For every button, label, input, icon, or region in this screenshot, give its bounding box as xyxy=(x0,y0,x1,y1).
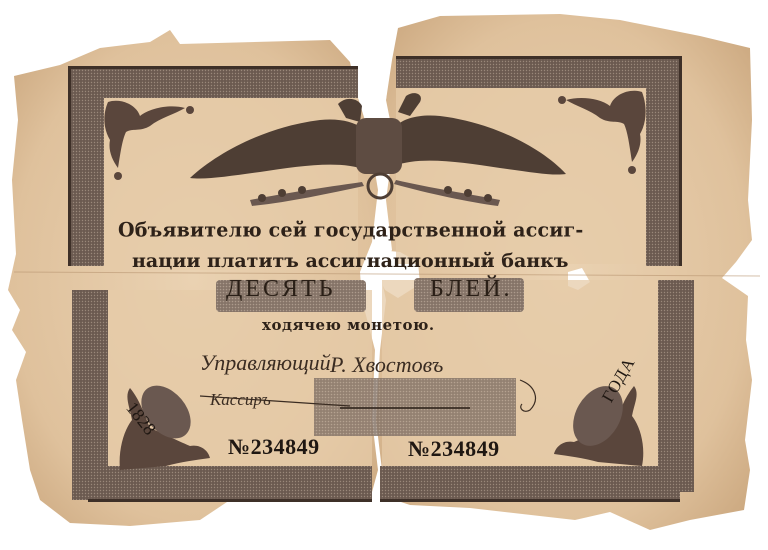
signature-field-panel xyxy=(314,378,516,436)
banknote-graphic xyxy=(0,0,768,550)
inscription-line-2: нации платитъ ассигнационный банкъ xyxy=(132,250,568,272)
signature-manager-name: Р. Хвостовъ xyxy=(330,352,443,378)
signature-cashier-label: Кассиръ xyxy=(210,390,271,410)
denomination-left: ДЕСЯТЬ xyxy=(226,276,336,303)
banknote-photo: Объявителю сей государственной ассиг- на… xyxy=(0,0,768,550)
serial-number-right: №234849 xyxy=(408,436,500,462)
inscription-line-1: Объявителю сей государственной ассиг- xyxy=(118,218,583,241)
serial-number-left: №234849 xyxy=(228,434,320,460)
inscription-line-3: ходячею монетою. xyxy=(262,316,435,334)
signature-manager-label: Управляющий xyxy=(200,350,331,376)
denomination-right: БЛЕЙ. xyxy=(430,276,512,303)
